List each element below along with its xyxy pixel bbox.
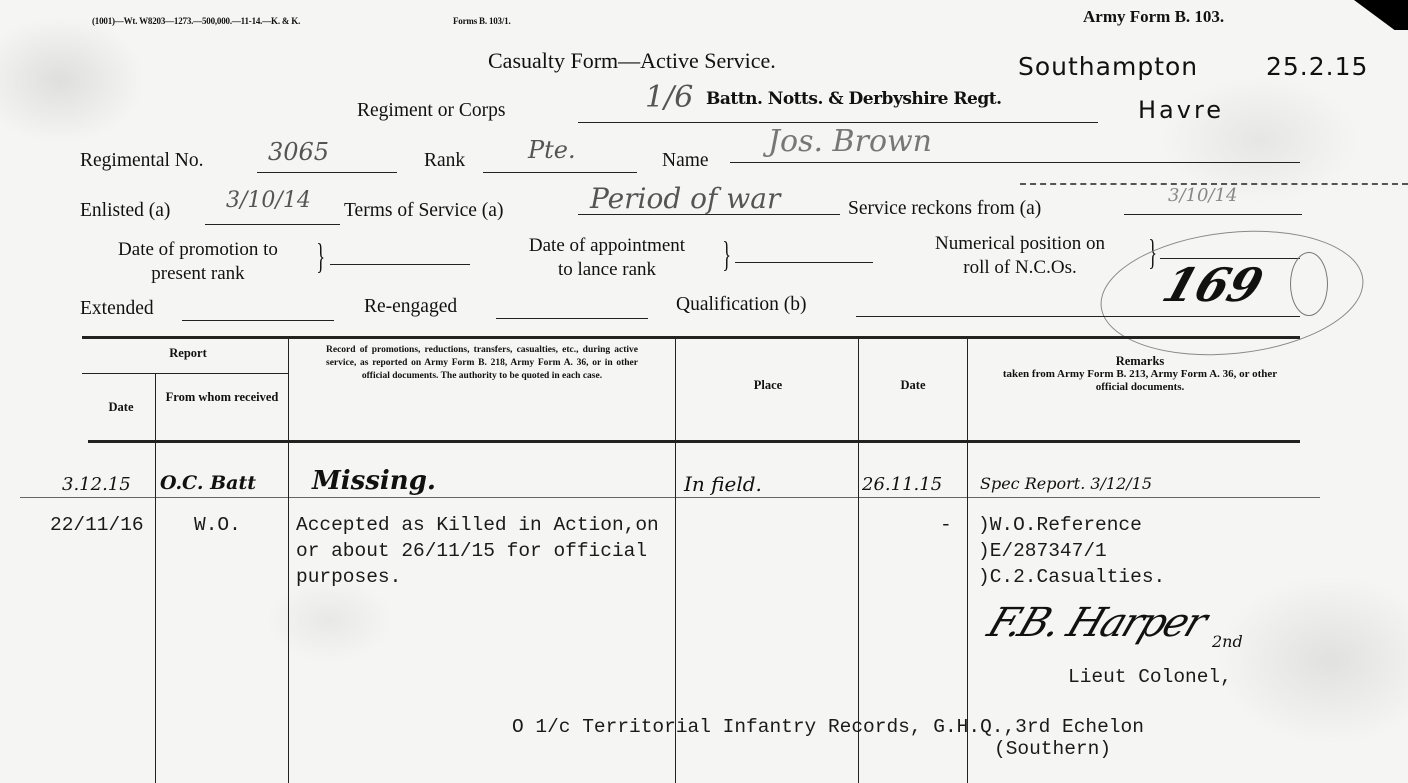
terms-of-service-label: Terms of Service (a): [344, 200, 503, 222]
stamp-small-oval: [1290, 252, 1328, 316]
row-1-baseline: [20, 497, 1320, 498]
regimental-no-label: Regimental No.: [80, 150, 203, 172]
lance-rank-label: Date of appointment to lance rank: [490, 234, 724, 282]
header-from-whom: From whom received: [160, 390, 284, 404]
name-label: Name: [662, 150, 709, 172]
promotion-label: Date of promotion to present rank: [78, 238, 318, 286]
nco-position-value: 169: [1156, 258, 1270, 312]
report-subheader-rule: [82, 373, 288, 374]
service-reckons-label: Service reckons from (a): [848, 198, 1041, 220]
enlisted-value: 3/10/14: [226, 188, 311, 213]
row2-remarks: )W.O.Reference )E/287347/1 )C.2.Casualti…: [978, 512, 1165, 590]
terms-of-service-value: Period of war: [590, 182, 780, 215]
header-date: Date: [90, 400, 152, 414]
col-divider-1: [155, 374, 156, 783]
signature-suffix: 2nd: [1212, 632, 1243, 651]
nco-position-label: Numerical position on roll of N.C.Os.: [895, 232, 1145, 280]
row2-date: 22/11/16: [50, 512, 144, 538]
row2-from: W.O.: [194, 512, 241, 538]
row1-record: Missing.: [312, 466, 436, 496]
office-line-2: (Southern): [994, 736, 1111, 762]
col-divider-2: [288, 338, 289, 783]
extended-label: Extended: [80, 298, 154, 320]
rank-label: Rank: [424, 150, 465, 172]
stamp-date: 25.2.15: [1266, 52, 1368, 81]
re-engaged-label: Re-engaged: [364, 296, 457, 318]
row1-from: O.C. Batt: [160, 472, 256, 494]
header-record: Record of promotions, reductions, transf…: [326, 344, 638, 383]
regiment-label: Regiment or Corps: [357, 100, 505, 122]
row1-remarks: Spec Report. 3/12/15: [980, 474, 1152, 493]
regimental-no-value: 3065: [268, 138, 329, 166]
row1-place: In field.: [684, 472, 762, 496]
stamp-destination: Havre: [1138, 96, 1224, 124]
header-place: Place: [680, 378, 856, 392]
table-top-rule: [82, 336, 1300, 339]
row2-record: Accepted as Killed in Action,on or about…: [296, 512, 659, 590]
row1-date-2: 26.11.15: [862, 474, 942, 495]
print-code: (1001)—Wt. W8203—1273.—500,000.—11-14.—K…: [92, 16, 300, 26]
header-date-2: Date: [860, 378, 966, 392]
row1-date: 3.12.15: [62, 474, 131, 495]
lance-rank-brace: }: [718, 230, 735, 278]
regiment-value-printed: Battn. Notts. & Derbyshire Regt.: [706, 89, 1002, 109]
forms-reference: Forms B. 103/1.: [453, 16, 511, 26]
qualification-label: Qualification (b): [676, 294, 807, 316]
row2-date-2: -: [940, 512, 952, 538]
service-reckons-value: 3/10/14: [1168, 185, 1237, 206]
regiment-value-handwritten: 1/6: [645, 80, 693, 115]
signatory-title: Lieut Colonel,: [1068, 664, 1232, 690]
table-header-bottom-rule: [88, 440, 1300, 443]
header-remarks: Remarks taken from Army Form B. 213, Arm…: [1000, 354, 1280, 394]
rank-value: Pte.: [528, 136, 576, 164]
header-report: Report: [88, 346, 288, 360]
form-number: Army Form B. 103.: [1083, 7, 1224, 27]
name-value: Jos. Brown: [768, 124, 932, 159]
signature: F.B. Harper: [982, 600, 1212, 646]
stamp-port: Southampton: [1018, 52, 1198, 81]
form-title: Casualty Form—Active Service.: [488, 48, 776, 74]
promotion-brace: }: [312, 232, 329, 280]
enlisted-label: Enlisted (a): [80, 200, 170, 222]
